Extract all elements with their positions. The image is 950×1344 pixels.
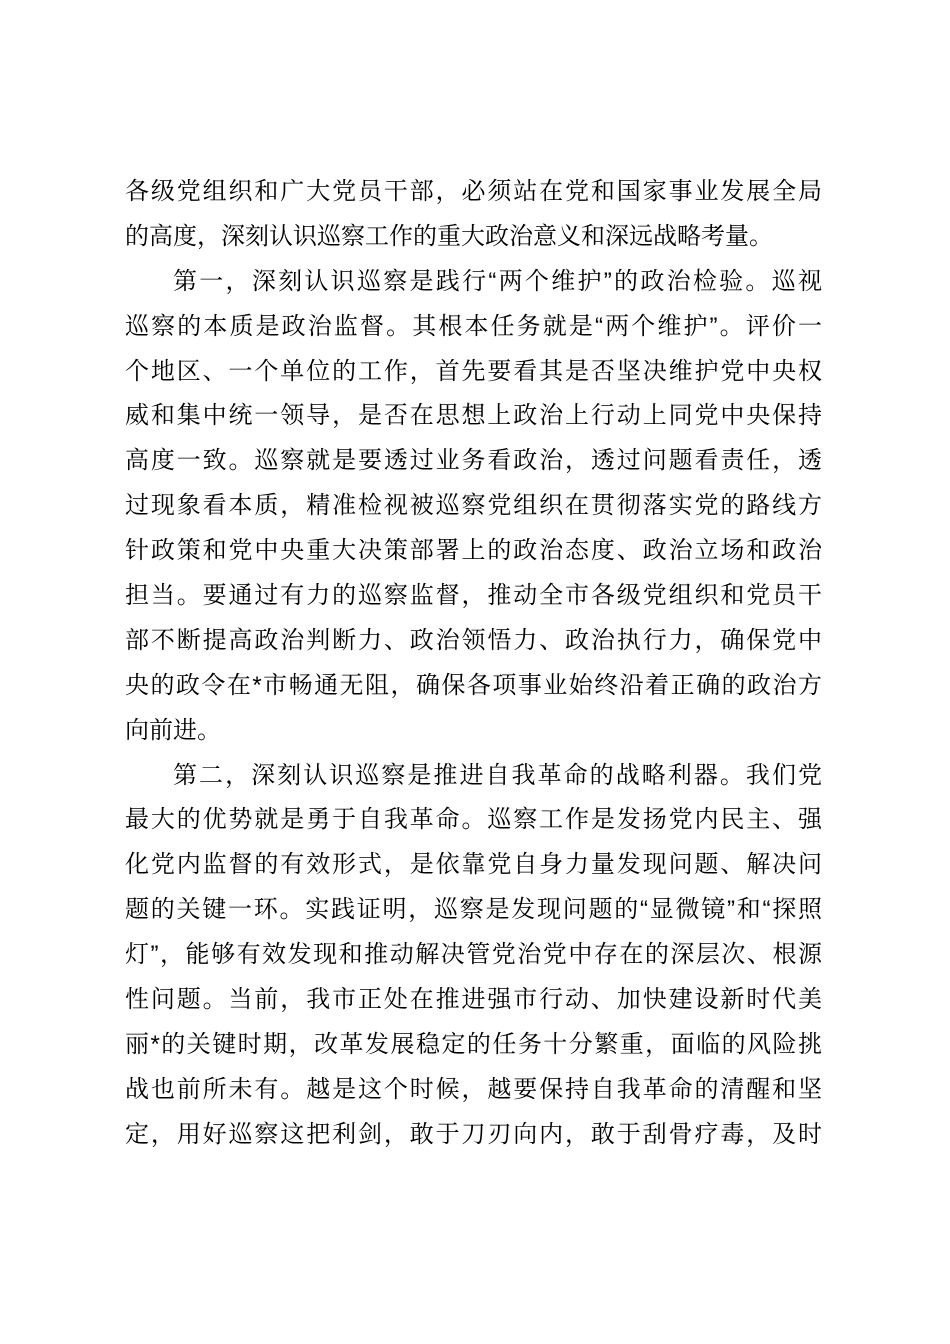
text-line: 过现象看本质，精准检视被巡察党组织在贯彻落实党的路线方: [125, 484, 822, 529]
text-line: 高度一致。巡察就是要透过业务看政治，透过问题看责任，透: [125, 439, 822, 484]
text-line: 个地区、一个单位的工作，首先要看其是否坚决维护党中央权: [125, 350, 822, 395]
paragraph: 第一，深刻认识巡察是践行“两个维护”的政治检验。巡视巡察的本质是政治监督。其根本…: [125, 260, 822, 754]
text-line: 威和集中统一领导，是否在思想上政治上行动上同党中央保持: [125, 394, 822, 439]
text-line: 灯”，能够有效发现和推动解决管党治党中存在的深层次、根源: [125, 933, 822, 978]
text-line: 针政策和党中央重大决策部署上的政治态度、政治立场和政治: [125, 529, 822, 574]
text-line: 定，用好巡察这把利剑，敢于刀刃向内，敢于刮骨疗毒，及时: [125, 1113, 822, 1158]
text-line: 向前进。: [125, 709, 822, 754]
paragraph: 各级党组织和广大党员干部，必须站在党和国家事业发展全局的高度，深刻认识巡察工作的…: [125, 170, 822, 260]
text-line: 第一，深刻认识巡察是践行“两个维护”的政治检验。巡视: [125, 260, 822, 305]
text-line: 各级党组织和广大党员干部，必须站在党和国家事业发展全局: [125, 170, 822, 215]
text-line: 的高度，深刻认识巡察工作的重大政治意义和深远战略考量。: [125, 215, 822, 260]
document-page: 各级党组织和广大党员干部，必须站在党和国家事业发展全局的高度，深刻认识巡察工作的…: [0, 0, 950, 1344]
document-body: 各级党组织和广大党员干部，必须站在党和国家事业发展全局的高度，深刻认识巡察工作的…: [125, 170, 822, 1158]
text-line: 战也前所未有。越是这个时候，越要保持自我革命的清醒和坚: [125, 1068, 822, 1113]
text-line: 央的政令在*市畅通无阻，确保各项事业始终沿着正确的政治方: [125, 664, 822, 709]
text-line: 部不断提高政治判断力、政治领悟力、政治执行力，确保党中: [125, 619, 822, 664]
paragraph: 第二，深刻认识巡察是推进自我革命的战略利器。我们党最大的优势就是勇于自我革命。巡…: [125, 754, 822, 1158]
text-line: 题的关键一环。实践证明，巡察是发现问题的“显微镜”和“探照: [125, 888, 822, 933]
text-line: 性问题。当前，我市正处在推进强市行动、加快建设新时代美: [125, 978, 822, 1023]
text-line: 最大的优势就是勇于自我革命。巡察工作是发扬党内民主、强: [125, 798, 822, 843]
text-line: 化党内监督的有效形式，是依靠党自身力量发现问题、解决问: [125, 843, 822, 888]
text-line: 巡察的本质是政治监督。其根本任务就是“两个维护”。评价一: [125, 305, 822, 350]
text-line: 第二，深刻认识巡察是推进自我革命的战略利器。我们党: [125, 754, 822, 799]
text-line: 担当。要通过有力的巡察监督，推动全市各级党组织和党员干: [125, 574, 822, 619]
text-line: 丽*的关键时期，改革发展稳定的任务十分繁重，面临的风险挑: [125, 1023, 822, 1068]
